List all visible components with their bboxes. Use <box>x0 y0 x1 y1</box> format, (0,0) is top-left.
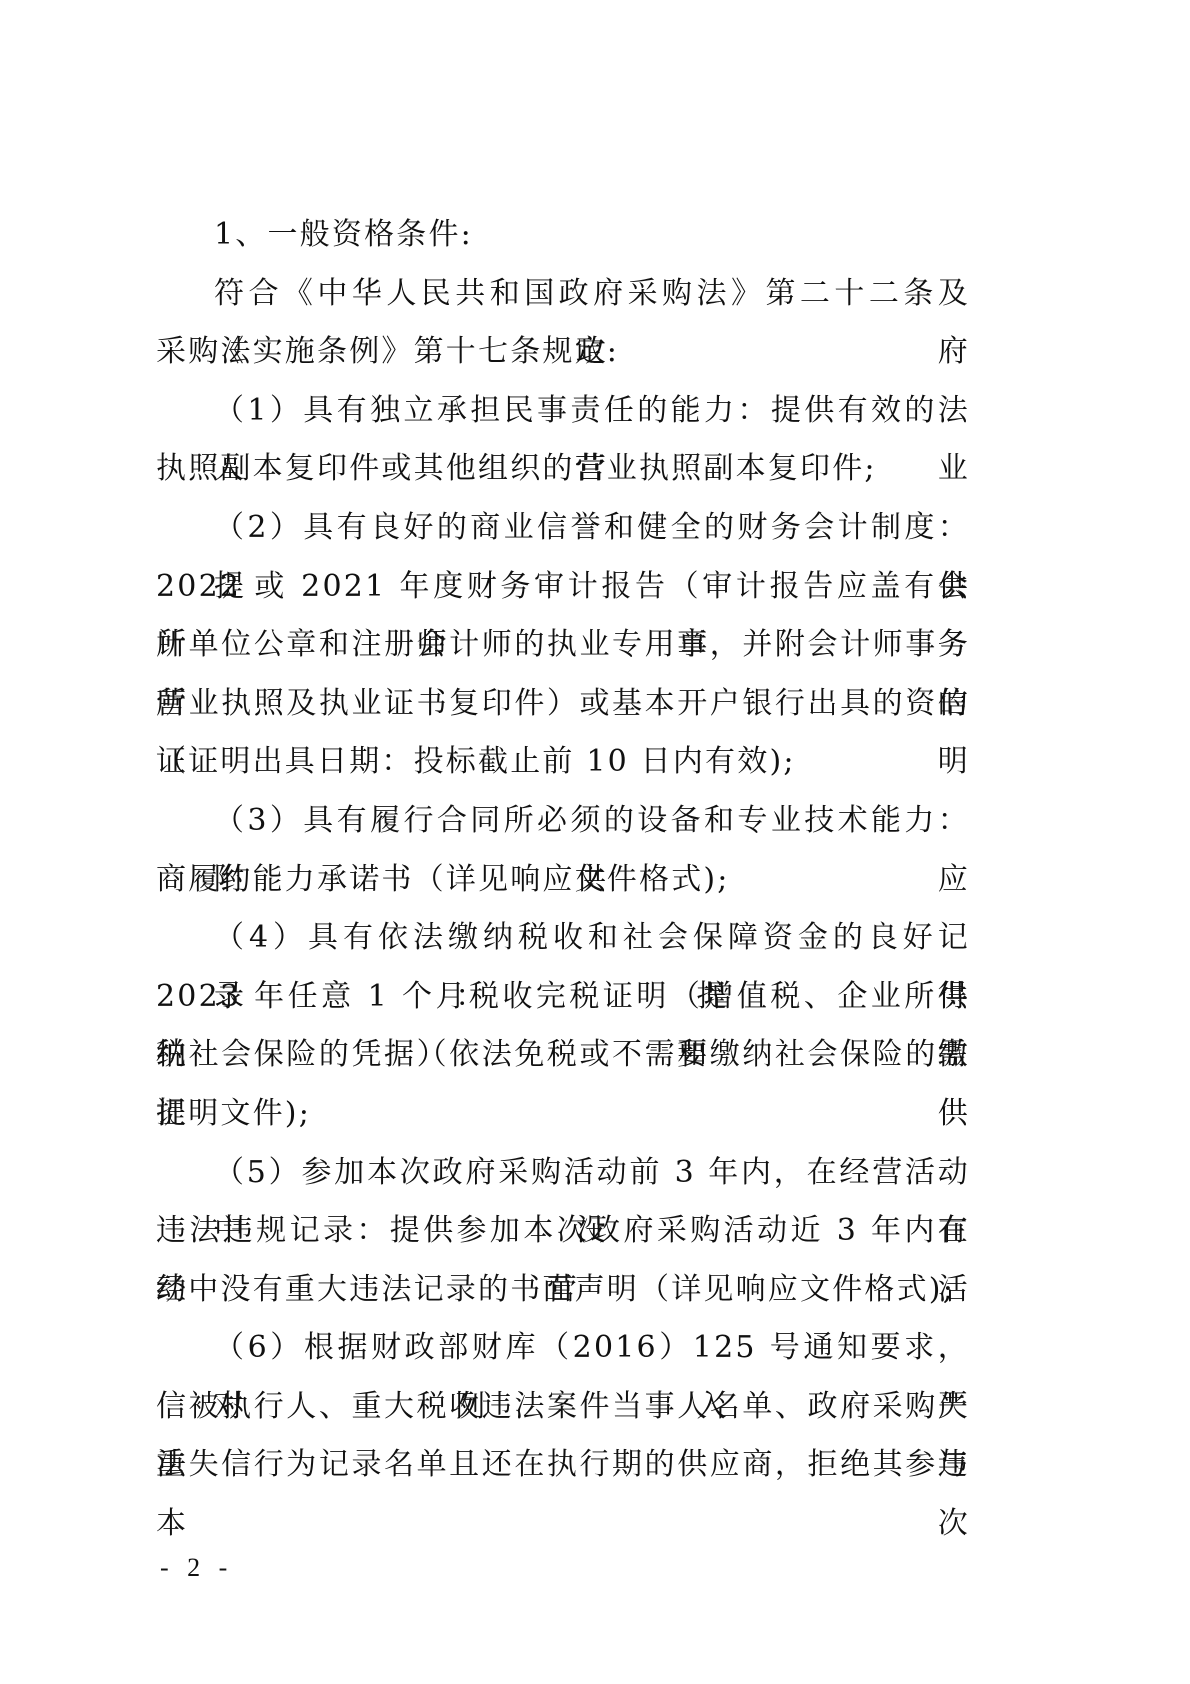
text-line: 信被执行人、重大税收违法案件当事人名单、政府采购严重违 <box>156 1378 970 1437</box>
text-line: （3）具有履行合同所必须的设备和专业技术能力：附供应 <box>156 792 970 851</box>
line-text: 法失信行为记录名单且还在执行期的供应商，拒绝其参与本次 <box>156 1447 970 1541</box>
line-text: 证明文件); <box>156 1096 311 1131</box>
line-text: 执照副本复印件或其他组织的营业执照副本复印件; <box>156 451 877 486</box>
text-line: （4）具有依法缴纳税收和社会保障资金的良好记录：提供 <box>156 909 970 968</box>
body-text: 1、一般资格条件: 符合《中华人民共和国政府采购法》第二十二条及《政府 采购法实… <box>156 206 970 1495</box>
text-line: 营业执照及执业证书复印件）或基本开户银行出具的资信证明 <box>156 675 970 734</box>
text-line: （5）参加本次政府采购活动前 3 年内，在经营活动中没有 <box>156 1144 970 1203</box>
text-line: （2）具有良好的商业信誉和健全的财务会计制度：提供 <box>156 499 970 558</box>
document-page: 1、一般资格条件: 符合《中华人民共和国政府采购法》第二十二条及《政府 采购法实… <box>0 0 1190 1684</box>
text-line: 执照副本复印件或其他组织的营业执照副本复印件; <box>156 440 970 499</box>
line-text: 采购法实施条例》第十七条规定: <box>156 334 619 369</box>
line-text: 1、一般资格条件: <box>214 217 473 252</box>
text-line: （1）具有独立承担民事责任的能力：提供有效的法人营业 <box>156 382 970 441</box>
text-line: 纳社会保险的凭据（依法免税或不需要缴纳社会保险的需提供 <box>156 1026 970 1085</box>
line-text: 动中没有重大违法记录的书面声明（详见响应文件格式); <box>156 1272 955 1307</box>
text-line: 2022 或 2021 年度财务审计报告（审计报告应盖有会计师事务 <box>156 558 970 617</box>
text-line: 法失信行为记录名单且还在执行期的供应商，拒绝其参与本次 <box>156 1436 970 1495</box>
line-text: （证明出具日期：投标截止前 10 日内有效); <box>156 744 796 779</box>
text-line: （6）根据财政部财库（2016）125 号通知要求，对列入失 <box>156 1319 970 1378</box>
text-line: 符合《中华人民共和国政府采购法》第二十二条及《政府 <box>156 265 970 324</box>
page-number: - 2 - <box>160 1553 233 1583</box>
text-line: 1、一般资格条件: <box>156 206 970 265</box>
text-line: 所单位公章和注册会计师的执业专用章，并附会计师事务所的 <box>156 616 970 675</box>
line-text: 商履约能力承诺书（详见响应文件格式); <box>156 862 730 897</box>
text-line: 动中没有重大违法记录的书面声明（详见响应文件格式); <box>156 1261 970 1320</box>
text-line: 违法违规记录：提供参加本次政府采购活动近 3 年内在经营活 <box>156 1202 970 1261</box>
text-line: 2023 年任意 1 个月税收完税证明（增值税、企业所得税）和缴 <box>156 968 970 1027</box>
